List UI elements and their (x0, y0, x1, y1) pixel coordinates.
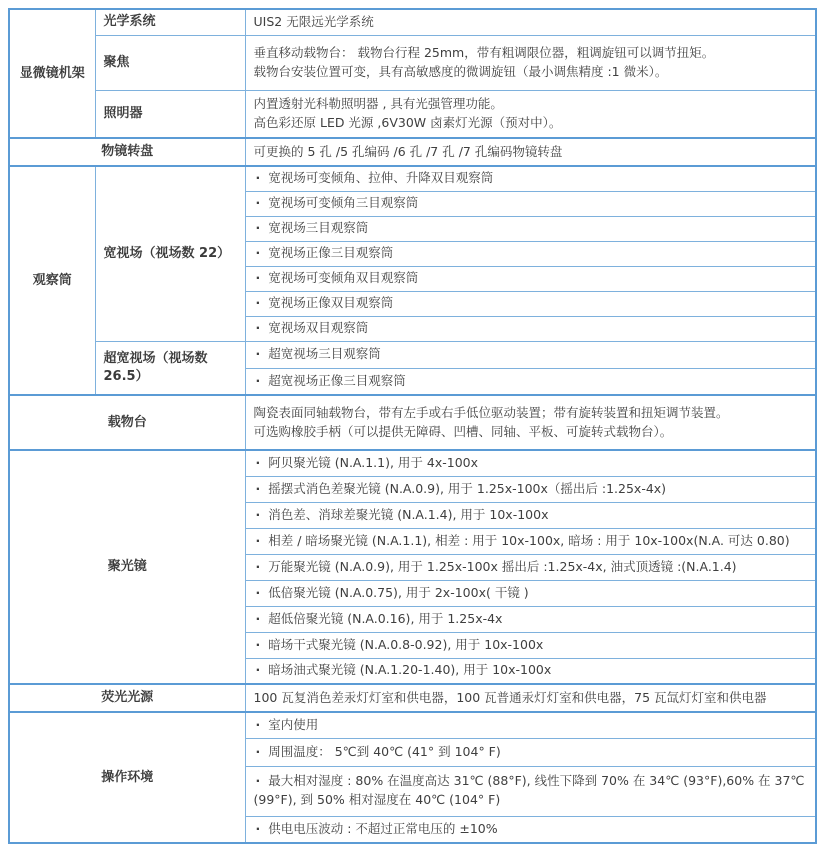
spec-page: 显微镜机架 光学系统 UIS2 无限远光学系统 聚焦 垂直移动载物台： 载物台行… (0, 0, 823, 852)
bullet-icon: · (256, 169, 261, 188)
tube-wide-item-text: 宽视场双目观察筒 (268, 320, 368, 335)
condenser-item: ·摇摆式消色差聚光镜 (N.A.0.9), 用于 1.25x-100x（摇出后 … (245, 476, 816, 502)
condenser-section-label: 聚光镜 (9, 450, 245, 684)
illuminator-value: 内置透射光科勒照明器 , 具有光强管理功能。 高色彩还原 LED 光源 ,6V3… (245, 90, 816, 138)
row-fluorescence: 荧光光源 100 瓦复消色差汞灯灯室和供电器，100 瓦普通汞灯灯室和供电器，7… (9, 684, 816, 712)
condenser-item: ·万能聚光镜 (N.A.0.9), 用于 1.25x-100x 摇出后 :1.2… (245, 554, 816, 580)
illuminator-value-line2: 高色彩还原 LED 光源 ,6V30W 卤素灯光源（预对中）。 (254, 114, 808, 133)
condenser-item-text: 摇摆式消色差聚光镜 (N.A.0.9), 用于 1.25x-100x（摇出后 :… (268, 481, 666, 496)
nosepiece-label: 物镜转盘 (9, 138, 245, 166)
environment-item: ·供电电压波动 : 不超过正常电压的 ±10% (245, 816, 816, 843)
bullet-icon: · (256, 454, 261, 473)
condenser-item-text: 相差 / 暗场聚光镜 (N.A.1.1), 相差 : 用于 10x-100x, … (268, 533, 789, 548)
condenser-item-text: 暗场干式聚光镜 (N.A.0.8-0.92), 用于 10x-100x (268, 637, 543, 652)
tube-wide-item: ·宽视场三目观察筒 (245, 216, 816, 241)
condenser-item-text: 超低倍聚光镜 (N.A.0.16), 用于 1.25x-4x (268, 611, 502, 626)
illuminator-label: 照明器 (95, 90, 245, 138)
bullet-icon: · (256, 716, 261, 735)
optical-system-label: 光学系统 (95, 9, 245, 35)
bullet-icon: · (256, 772, 261, 791)
bullet-icon: · (256, 584, 261, 603)
tube-wide-item-text: 宽视场可变倾角、拉伸、升降双目观察筒 (268, 170, 493, 185)
bullet-icon: · (256, 319, 261, 338)
tube-wide-item-text: 宽视场可变倾角双目观察筒 (268, 270, 418, 285)
nosepiece-value: 可更换的 5 孔 /5 孔编码 /6 孔 /7 孔 /7 孔编码物镜转盘 (245, 138, 816, 166)
row-stage: 载物台 陶瓷表面同轴载物台，带有左手或右手低位驱动装置；带有旋转装置和扭矩调节装… (9, 395, 816, 450)
environment-section-label: 操作环境 (9, 712, 245, 843)
frame-section-label: 显微镜机架 (9, 9, 95, 138)
tube-superwide-label: 超宽视场（视场数 26.5） (95, 341, 245, 395)
environment-item-text: 最大相对湿度 : 80% 在温度高达 31℃ (88°F), 线性下降到 70%… (254, 773, 805, 807)
fluorescence-value: 100 瓦复消色差汞灯灯室和供电器，100 瓦普通汞灯灯室和供电器，75 瓦氙灯… (245, 684, 816, 712)
optical-system-value: UIS2 无限远光学系统 (245, 9, 816, 35)
stage-value: 陶瓷表面同轴载物台，带有左手或右手低位驱动装置；带有旋转装置和扭矩调节装置。 可… (245, 395, 816, 450)
fluorescence-label: 荧光光源 (9, 684, 245, 712)
environment-item-text: 供电电压波动 : 不超过正常电压的 ±10% (268, 821, 497, 836)
bullet-icon: · (256, 532, 261, 551)
tube-wide-item-text: 宽视场正像双目观察筒 (268, 295, 393, 310)
tube-super-item-text: 超宽视场正像三目观察筒 (268, 373, 406, 388)
tube-wide-item-text: 宽视场三目观察筒 (268, 220, 368, 235)
condenser-item-text: 暗场油式聚光镜 (N.A.1.20-1.40), 用于 10x-100x (268, 662, 551, 677)
condenser-item-text: 阿贝聚光镜 (N.A.1.1), 用于 4x-100x (268, 455, 478, 470)
condenser-item: ·暗场油式聚光镜 (N.A.1.20-1.40), 用于 10x-100x (245, 658, 816, 684)
tube-wide-item: ·宽视场双目观察筒 (245, 316, 816, 341)
tube-wide-item-text: 宽视场正像三目观察筒 (268, 245, 393, 260)
bullet-icon: · (256, 820, 261, 839)
microscope-spec-table: 显微镜机架 光学系统 UIS2 无限远光学系统 聚焦 垂直移动载物台： 载物台行… (8, 8, 817, 844)
environment-item: ·周围温度： 5℃到 40℃ (41° 到 104° F) (245, 738, 816, 766)
stage-value-line2: 可选购橡胶手柄（可以提供无障碍、凹槽、同轴、平板、可旋转式载物台）。 (254, 423, 808, 442)
environment-item-text: 室内使用 (268, 717, 318, 732)
condenser-item: ·低倍聚光镜 (N.A.0.75), 用于 2x-100x( 干镜 ) (245, 580, 816, 606)
tube-wide-item: ·宽视场可变倾角双目观察筒 (245, 266, 816, 291)
condenser-item: ·超低倍聚光镜 (N.A.0.16), 用于 1.25x-4x (245, 606, 816, 632)
row-tube-wide-1: 观察筒 宽视场（视场数 22） ·宽视场可变倾角、拉伸、升降双目观察筒 (9, 166, 816, 191)
row-illuminator: 照明器 内置透射光科勒照明器 , 具有光强管理功能。 高色彩还原 LED 光源 … (9, 90, 816, 138)
tube-super-item-text: 超宽视场三目观察筒 (268, 346, 381, 361)
bullet-icon: · (256, 610, 261, 629)
row-optical-system: 显微镜机架 光学系统 UIS2 无限远光学系统 (9, 9, 816, 35)
bullet-icon: · (256, 661, 261, 680)
tube-super-item: ·超宽视场三目观察筒 (245, 341, 816, 368)
bullet-icon: · (256, 506, 261, 525)
condenser-item-text: 消色差、消球差聚光镜 (N.A.1.4), 用于 10x-100x (268, 507, 548, 522)
row-environment-1: 操作环境 ·室内使用 (9, 712, 816, 738)
row-nosepiece: 物镜转盘 可更换的 5 孔 /5 孔编码 /6 孔 /7 孔 /7 孔编码物镜转… (9, 138, 816, 166)
tube-wide-item: ·宽视场正像三目观察筒 (245, 241, 816, 266)
environment-item-text: 周围温度： 5℃到 40℃ (41° 到 104° F) (268, 744, 500, 759)
stage-value-line1: 陶瓷表面同轴载物台，带有左手或右手低位驱动装置；带有旋转装置和扭矩调节装置。 (254, 404, 808, 423)
illuminator-value-line1: 内置透射光科勒照明器 , 具有光强管理功能。 (254, 95, 808, 114)
tube-wide-item: ·宽视场可变倾角三目观察筒 (245, 191, 816, 216)
row-tube-super-1: 超宽视场（视场数 26.5） ·超宽视场三目观察筒 (9, 341, 816, 368)
bullet-icon: · (256, 219, 261, 238)
row-focus: 聚焦 垂直移动载物台： 载物台行程 25mm，带有粗调限位器，粗调旋钮可以调节扭… (9, 35, 816, 90)
tube-wide-item-text: 宽视场可变倾角三目观察筒 (268, 195, 418, 210)
bullet-icon: · (256, 636, 261, 655)
condenser-item-text: 低倍聚光镜 (N.A.0.75), 用于 2x-100x( 干镜 ) (268, 585, 528, 600)
focus-label: 聚焦 (95, 35, 245, 90)
condenser-item: ·阿贝聚光镜 (N.A.1.1), 用于 4x-100x (245, 450, 816, 476)
tube-widefield-label: 宽视场（视场数 22） (95, 166, 245, 341)
tube-section-label: 观察筒 (9, 166, 95, 395)
condenser-item: ·暗场干式聚光镜 (N.A.0.8-0.92), 用于 10x-100x (245, 632, 816, 658)
condenser-item: ·消色差、消球差聚光镜 (N.A.1.4), 用于 10x-100x (245, 502, 816, 528)
bullet-icon: · (256, 558, 261, 577)
focus-value-line2: 载物台安装位置可变，具有高敏感度的微调旋钮（最小调焦精度 :1 微米）。 (254, 63, 808, 82)
bullet-icon: · (256, 372, 261, 391)
tube-wide-item: ·宽视场正像双目观察筒 (245, 291, 816, 316)
bullet-icon: · (256, 480, 261, 499)
bullet-icon: · (256, 294, 261, 313)
bullet-icon: · (256, 244, 261, 263)
focus-value-line1: 垂直移动载物台： 载物台行程 25mm，带有粗调限位器，粗调旋钮可以调节扭矩。 (254, 44, 808, 63)
stage-label: 载物台 (9, 395, 245, 450)
row-condenser-1: 聚光镜 ·阿贝聚光镜 (N.A.1.1), 用于 4x-100x (9, 450, 816, 476)
tube-super-item: ·超宽视场正像三目观察筒 (245, 368, 816, 395)
bullet-icon: · (256, 269, 261, 288)
environment-item: ·室内使用 (245, 712, 816, 738)
tube-wide-item: ·宽视场可变倾角、拉伸、升降双目观察筒 (245, 166, 816, 191)
condenser-item: ·相差 / 暗场聚光镜 (N.A.1.1), 相差 : 用于 10x-100x,… (245, 528, 816, 554)
condenser-item-text: 万能聚光镜 (N.A.0.9), 用于 1.25x-100x 摇出后 :1.25… (268, 559, 736, 574)
bullet-icon: · (256, 743, 261, 762)
bullet-icon: · (256, 345, 261, 364)
focus-value: 垂直移动载物台： 载物台行程 25mm，带有粗调限位器，粗调旋钮可以调节扭矩。 … (245, 35, 816, 90)
environment-item: ·最大相对湿度 : 80% 在温度高达 31℃ (88°F), 线性下降到 70… (245, 766, 816, 816)
bullet-icon: · (256, 194, 261, 213)
